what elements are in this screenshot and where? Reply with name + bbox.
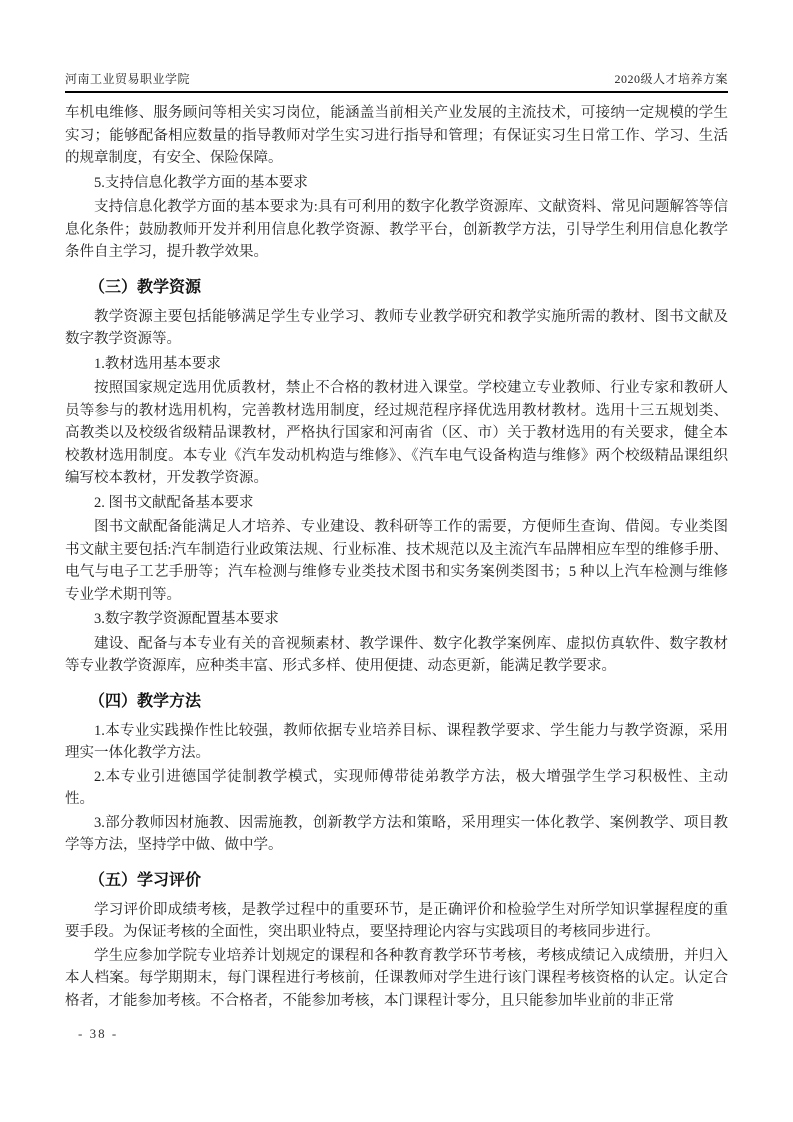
paragraph: 2.本专业引进德国学徒制教学模式，实现师傅带徒弟教学方法，极大增强学生学习积极性… — [65, 766, 728, 811]
paragraph: 建设、配备与本专业有关的音视频素材、教学课件、数字化教学案例库、虚拟仿真软件、数… — [65, 633, 728, 678]
paragraph: 3.部分教师因材施教、因需施教，创新教学方法和策略，采用理实一体化教学、案例教学… — [65, 812, 728, 857]
page-footer: - 38 - — [78, 1026, 118, 1042]
section-heading-learning-evaluation: （五）学习评价 — [65, 869, 728, 892]
section-heading-teaching-methods: （四）教学方法 — [65, 690, 728, 713]
paragraph: 按照国家规定选用优质教材，禁止不合格的教材进入课堂。学校建立专业教师、行业专家和… — [65, 377, 728, 490]
numbered-item-heading: 5.支持信息化教学方面的基本要求 — [65, 172, 728, 195]
paragraph-continuation: 车机电维修、服务顾问等相关实习岗位，能涵盖当前相关产业发展的主流技术，可接纳一定… — [65, 102, 728, 170]
numbered-item-heading: 3.数字教学资源配置基本要求 — [65, 608, 728, 631]
paragraph: 图书文献配备能满足人才培养、专业建设、教科研等工作的需要，方便师生查询、借阅。专… — [65, 516, 728, 606]
paragraph: 1.本专业实践操作性比较强，教师依据专业培养目标、课程教学要求、学生能力与教学资… — [65, 720, 728, 765]
document-page: 河南工业贸易职业学院 2020级人才培养方案 车机电维修、服务顾问等相关实习岗位… — [0, 0, 793, 1122]
page-header: 河南工业贸易职业学院 2020级人才培养方案 — [65, 70, 728, 91]
header-rule — [65, 91, 728, 93]
paragraph: 教学资源主要包括能够满足学生专业学习、教师专业教学研究和教学实施所需的教材、图书… — [65, 306, 728, 351]
header-school-name: 河南工业贸易职业学院 — [65, 70, 190, 87]
paragraph: 学习评价即成绩考核，是教学过程中的重要环节，是正确评价和检验学生对所学知识掌握程… — [65, 899, 728, 944]
section-heading-teaching-resources: （三）教学资源 — [65, 276, 728, 299]
paragraph: 学生应参加学院专业培养计划规定的课程和各种教育教学环节考核，考核成绩记入成绩册，… — [65, 945, 728, 1013]
paragraph: 支持信息化教学方面的基本要求为:具有可利用的数字化教学资源库、文献资料、常见问题… — [65, 196, 728, 264]
page-number: - 38 - — [78, 1026, 118, 1041]
numbered-item-heading: 1.教材选用基本要求 — [65, 353, 728, 376]
document-body: 车机电维修、服务顾问等相关实习岗位，能涵盖当前相关产业发展的主流技术，可接纳一定… — [65, 102, 728, 1012]
header-doc-title: 2020级人才培养方案 — [614, 70, 728, 87]
numbered-item-heading: 2. 图书文献配备基本要求 — [65, 492, 728, 515]
